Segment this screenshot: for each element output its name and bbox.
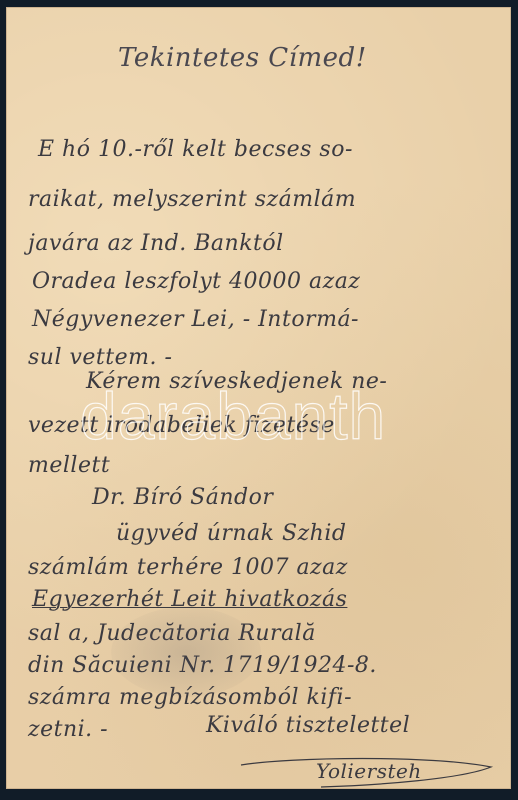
letter-line: E hó 10.-ről kelt becses so-	[38, 137, 353, 162]
letter-line: számlám terhére 1007 azaz	[28, 555, 348, 580]
letter-line: Dr. Bíró Sándor	[92, 485, 273, 510]
letter-line: raikat, melyszerint számlám	[28, 187, 356, 212]
salutation: Tekintetes Címed!	[118, 43, 367, 73]
letter-line: ügyvéd úrnak Szhid	[116, 521, 346, 546]
letter-line: mellett	[28, 453, 110, 478]
letter-line: sul vettem. -	[28, 345, 172, 370]
closing: Kiváló tisztelettel	[206, 713, 410, 738]
letter-line: Oradea leszfolyt 40000 azaz	[32, 269, 360, 294]
signature-flourish-icon	[231, 747, 501, 792]
letter-line: zetni. -	[28, 717, 108, 742]
letter-line: Kérem szíveskedjenek ne-	[86, 369, 387, 394]
letter-line: javára az Ind. Banktól	[28, 231, 284, 256]
postcard: Tekintetes Címed! E hó 10.-ről kelt becs…	[6, 7, 511, 789]
letter-line: Négyvenezer Lei, - Intormá-	[32, 307, 359, 332]
postmark-stamp-icon	[111, 607, 261, 697]
letter-line: vezett irodabeliek fizetése	[28, 413, 335, 438]
